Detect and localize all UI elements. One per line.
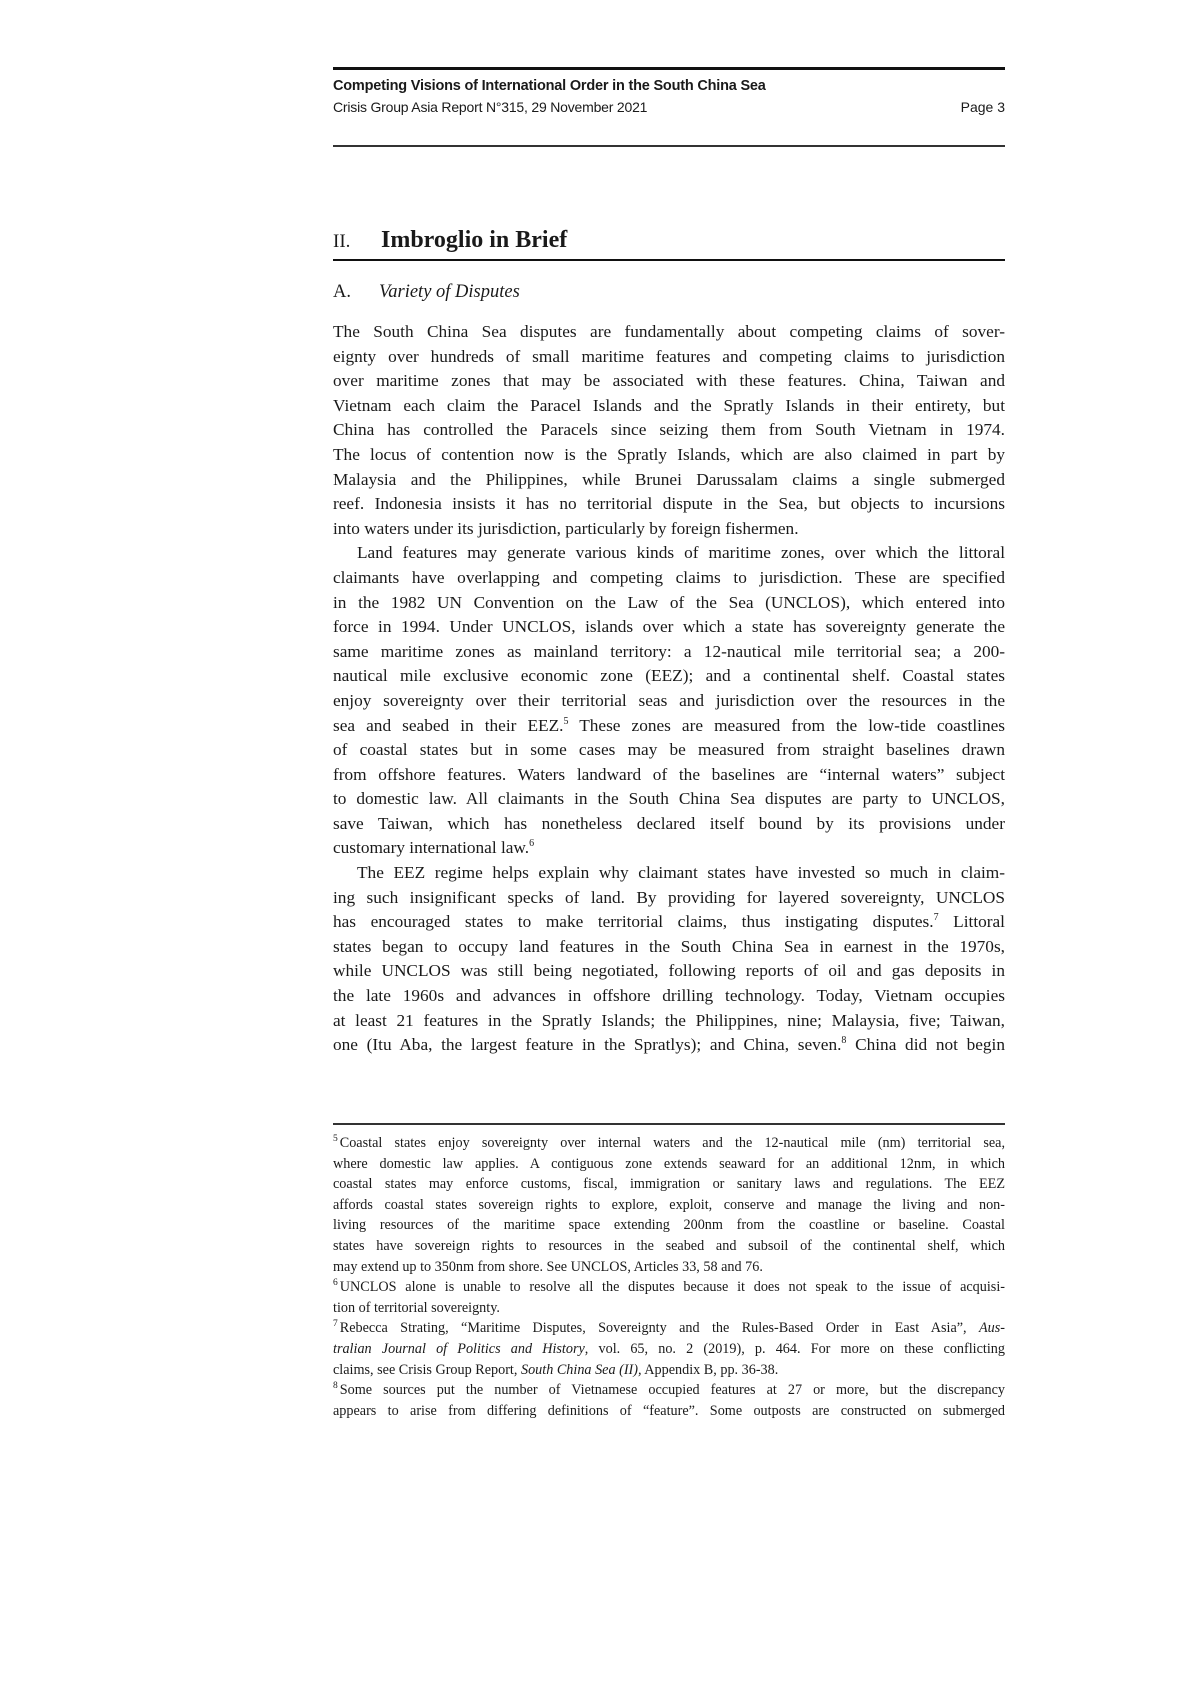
text-line: Land features may generate various kinds…	[333, 541, 1005, 566]
text-fragment: Coastal states enjoy sovereignty over in…	[340, 1135, 1005, 1151]
text-line: China has controlled the Paracels since …	[333, 418, 1005, 443]
text-fragment: These zones are measured from the low-ti…	[568, 716, 1005, 735]
text-line: Vietnam each claim the Paracel Islands a…	[333, 394, 1005, 419]
text-line: 5Coastal states enjoy sovereignty over i…	[333, 1133, 1005, 1154]
text-line: same maritime zones as mainland territor…	[333, 640, 1005, 665]
text-line: claims, see Crisis Group Report, South C…	[333, 1360, 1005, 1381]
text-fragment: customary international law.	[333, 838, 529, 857]
text-line: Malaysia and the Philippines, while Brun…	[333, 468, 1005, 493]
journal-title-fragment: Aus-	[979, 1320, 1005, 1336]
footnote-7: 7Rebecca Strating, “Maritime Disputes, S…	[333, 1318, 1005, 1380]
section-rule	[333, 259, 1005, 261]
text-line: has encouraged states to make territoria…	[333, 910, 1005, 935]
footnote-number: 8	[333, 1381, 338, 1391]
text-fragment: Some sources put the number of Vietnames…	[340, 1382, 1005, 1398]
footnote-number: 7	[333, 1319, 338, 1329]
text-fragment: , vol. 65, no. 2 (2019), p. 464. For mor…	[585, 1341, 1005, 1357]
report-title: South China Sea (II),	[521, 1362, 642, 1378]
body-text: The South China Sea disputes are fundame…	[333, 320, 1005, 1058]
text-line: one (Itu Aba, the largest feature in the…	[333, 1033, 1005, 1058]
footnote-6: 6UNCLOS alone is unable to resolve all t…	[333, 1277, 1005, 1318]
footnote-ref-6[interactable]: 6	[529, 838, 534, 849]
text-fragment: one (Itu Aba, the largest feature in the…	[333, 1035, 841, 1054]
text-line: states have sovereign rights to resource…	[333, 1236, 1005, 1257]
header-bottom-rule	[333, 145, 1005, 147]
text-line: at least 21 features in the Spratly Isla…	[333, 1009, 1005, 1034]
text-line: The EEZ regime helps explain why claiman…	[333, 861, 1005, 886]
text-line: The South China Sea disputes are fundame…	[333, 320, 1005, 345]
journal-title-fragment: tralian Journal of Politics and History	[333, 1341, 585, 1357]
text-line: of coastal states but in some cases may …	[333, 738, 1005, 763]
footnotes: 5Coastal states enjoy sovereignty over i…	[333, 1133, 1005, 1421]
text-line: reef. Indonesia insists it has no territ…	[333, 492, 1005, 517]
text-line: claimants have overlapping and competing…	[333, 566, 1005, 591]
subsection-letter: A.	[333, 282, 379, 303]
section-title: Imbroglio in Brief	[381, 227, 567, 254]
text-line: 7Rebecca Strating, “Maritime Disputes, S…	[333, 1318, 1005, 1339]
text-fragment: Littoral	[939, 912, 1005, 931]
text-line: The locus of contention now is the Sprat…	[333, 443, 1005, 468]
text-line: appears to arise from differing definiti…	[333, 1401, 1005, 1422]
text-line: 8Some sources put the number of Vietname…	[333, 1380, 1005, 1401]
subsection-title: Variety of Disputes	[379, 282, 520, 303]
text-line: 6UNCLOS alone is unable to resolve all t…	[333, 1277, 1005, 1298]
text-line: in the 1982 UN Convention on the Law of …	[333, 591, 1005, 616]
text-fragment: Appendix B, pp. 36-38.	[642, 1362, 779, 1378]
text-line: sea and seabed in their EEZ.5 These zone…	[333, 714, 1005, 739]
text-line: affords coastal states sovereign rights …	[333, 1195, 1005, 1216]
text-line: states began to occupy land features in …	[333, 935, 1005, 960]
text-line: customary international law.6	[333, 836, 1005, 861]
text-fragment: claims, see Crisis Group Report,	[333, 1362, 521, 1378]
text-line: into waters under its jurisdiction, part…	[333, 517, 1005, 542]
text-line: the late 1960s and advances in offshore …	[333, 984, 1005, 1009]
paragraph-2: Land features may generate various kinds…	[333, 541, 1005, 861]
paragraph-1: The South China Sea disputes are fundame…	[333, 320, 1005, 541]
paragraph-3: The EEZ regime helps explain why claiman…	[333, 861, 1005, 1058]
text-line: tralian Journal of Politics and History,…	[333, 1339, 1005, 1360]
page-number: Page 3	[961, 99, 1005, 115]
text-line: tion of territorial sovereignty.	[333, 1298, 1005, 1319]
text-fragment: UNCLOS alone is unable to resolve all th…	[340, 1279, 1005, 1295]
text-line: to domestic law. All claimants in the So…	[333, 787, 1005, 812]
text-line: coastal states may enforce customs, fisc…	[333, 1174, 1005, 1195]
footnote-number: 6	[333, 1278, 338, 1288]
footnote-rule	[333, 1123, 1005, 1125]
subsection-heading: A. Variety of Disputes	[333, 282, 520, 303]
text-fragment: has encouraged states to make territoria…	[333, 912, 934, 931]
text-line: nautical mile exclusive economic zone (E…	[333, 664, 1005, 689]
text-line: living resources of the maritime space e…	[333, 1215, 1005, 1236]
text-fragment: sea and seabed in their EEZ.	[333, 716, 563, 735]
text-line: ing such insignificant specks of land. B…	[333, 886, 1005, 911]
text-fragment: China did not begin	[846, 1035, 1005, 1054]
running-header-subtitle: Crisis Group Asia Report N°315, 29 Novem…	[333, 99, 647, 115]
section-number: II.	[333, 227, 381, 254]
text-line: while UNCLOS was still being negotiated,…	[333, 959, 1005, 984]
text-line: may extend up to 350nm from shore. See U…	[333, 1257, 1005, 1278]
text-line: where domestic law applies. A contiguous…	[333, 1154, 1005, 1175]
footnote-8: 8Some sources put the number of Vietname…	[333, 1380, 1005, 1421]
header-top-rule	[333, 67, 1005, 70]
footnote-5: 5Coastal states enjoy sovereignty over i…	[333, 1133, 1005, 1277]
text-fragment: Rebecca Strating, “Maritime Disputes, So…	[340, 1320, 979, 1336]
running-header-title: Competing Visions of International Order…	[333, 78, 766, 94]
text-line: eignty over hundreds of small maritime f…	[333, 345, 1005, 370]
section-heading: II. Imbroglio in Brief	[333, 227, 567, 254]
text-line: force in 1994. Under UNCLOS, islands ove…	[333, 615, 1005, 640]
text-line: from offshore features. Waters landward …	[333, 763, 1005, 788]
text-line: save Taiwan, which has nonetheless decla…	[333, 812, 1005, 837]
text-line: over maritime zones that may be associat…	[333, 369, 1005, 394]
text-line: enjoy sovereignty over their territorial…	[333, 689, 1005, 714]
footnote-number: 5	[333, 1134, 338, 1144]
